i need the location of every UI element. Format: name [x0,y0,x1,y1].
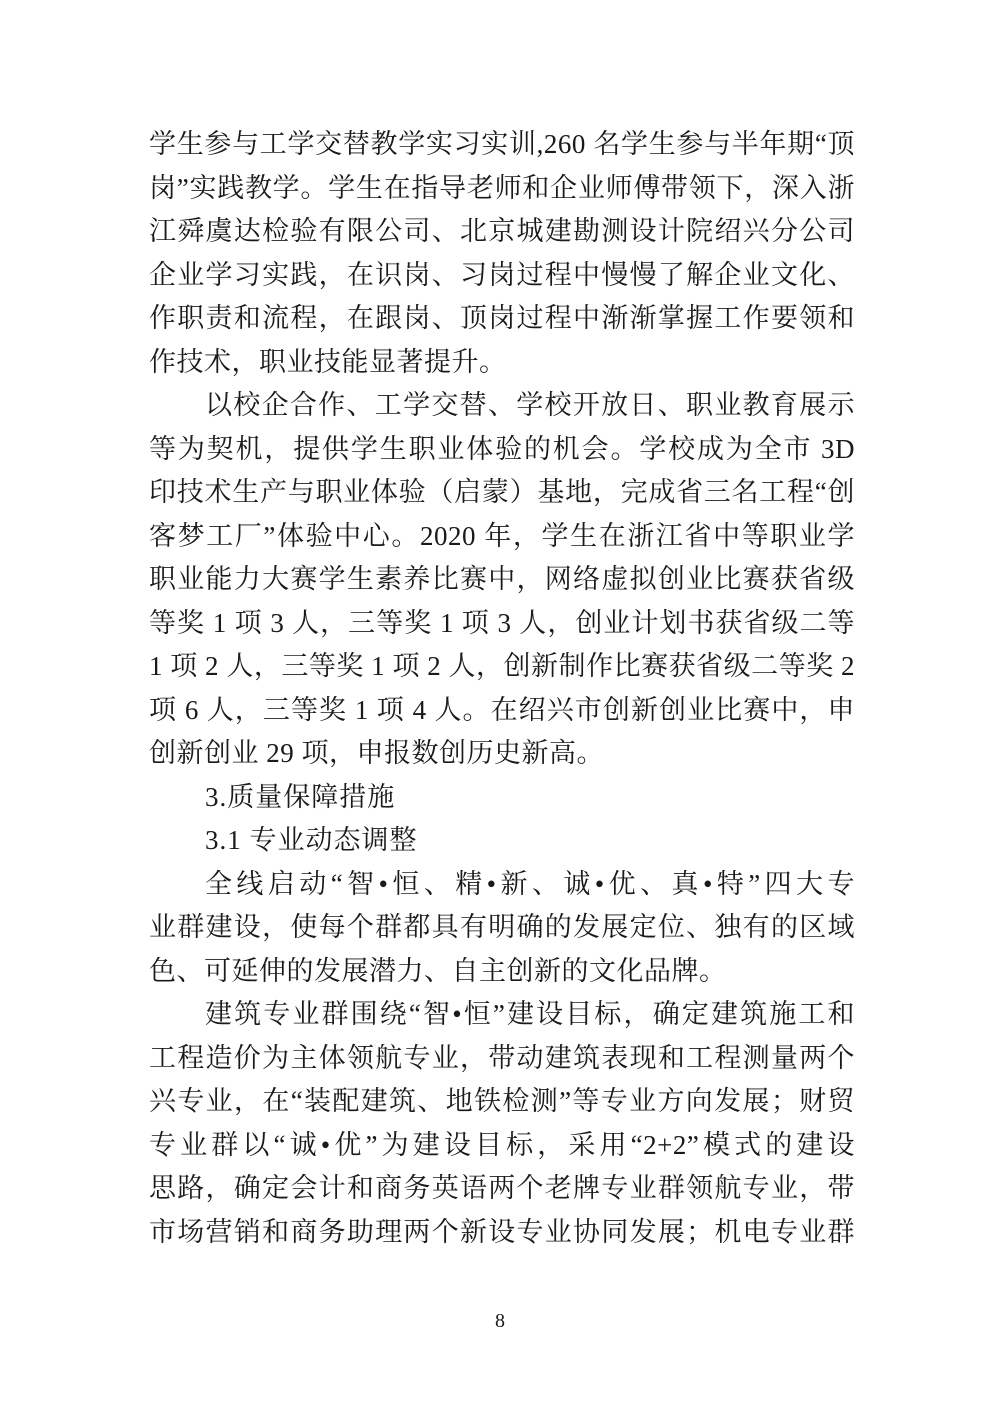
heading-line: 3.质量保障措施 [149,776,855,820]
text-line: 建筑专业群围绕“智•恒”建设目标，确定建筑施工和 [149,993,855,1037]
text-line: 作职责和流程，在跟岗、顶岗过程中渐渐掌握工作要领和操 [149,297,855,341]
page-number: 8 [0,1310,1000,1333]
text-line: 专业群以“诚•优”为建设目标，采用“2+2”模式的建设 [149,1124,855,1168]
section-heading: 3.1 专业动态调整 [149,819,855,863]
text-line: 以校企合作、工学交替、学校开放日、职业教育展示周 [149,384,855,428]
paragraph: 学生参与工学交替教学实习实训,260 名学生参与半年期“顶 岗”实践教学。学生在… [149,123,855,384]
text-line: 项 6 人，三等奖 1 项 4 人。在绍兴市创新创业比赛中，申报 [149,689,855,733]
text-line: 思路，确定会计和商务英语两个老牌专业群领航专业，带动 [149,1167,855,1211]
text-line: 全线启动“智•恒、精•新、诚•优、真•特”四大专 [149,863,855,907]
text-line: 等奖 1 项 3 人，三等奖 1 项 3 人，创业计划书获省级二等奖 [149,602,855,646]
text-line: 职业能力大赛学生素养比赛中，网络虚拟创业比赛获省级二 [149,558,855,602]
document-body: 学生参与工学交替教学实习实训,260 名学生参与半年期“顶 岗”实践教学。学生在… [149,123,855,1254]
text-line: 等为契机，提供学生职业体验的机会。学校成为全市 3D 打 [149,428,855,472]
text-line: 企业学习实践，在识岗、习岗过程中慢慢了解企业文化、工 [149,254,855,298]
text-line: 市场营销和商务助理两个新设专业协同发展；机电专业群以 [149,1211,855,1255]
heading-line: 3.1 专业动态调整 [149,819,855,863]
text-line: 1 项 2 人，三等奖 1 项 2 人，创新制作比赛获省级二等奖 2 [149,645,855,689]
paragraph: 建筑专业群围绕“智•恒”建设目标，确定建筑施工和 工程造价为主体领航专业，带动建… [149,993,855,1254]
text-line: 岗”实践教学。学生在指导老师和企业师傅带领下，深入浙 [149,167,855,211]
paragraph: 以校企合作、工学交替、学校开放日、职业教育展示周 等为契机，提供学生职业体验的机… [149,384,855,776]
text-line: 业群建设，使每个群都具有明确的发展定位、独有的区域特 [149,906,855,950]
text-line: 工程造价为主体领航专业，带动建筑表现和工程测量两个新 [149,1037,855,1081]
section-heading: 3.质量保障措施 [149,776,855,820]
text-line: 兴专业，在“装配建筑、地铁检测”等专业方向发展；财贸 [149,1080,855,1124]
paragraph: 全线启动“智•恒、精•新、诚•优、真•特”四大专 业群建设，使每个群都具有明确的… [149,863,855,994]
text-line: 作技术，职业技能显著提升。 [149,341,855,385]
text-line: 创新创业 29 项，申报数创历史新高。 [149,732,855,776]
text-line: 客梦工厂”体验中心。2020 年，学生在浙江省中等职业学校 [149,515,855,559]
text-line: 学生参与工学交替教学实习实训,260 名学生参与半年期“顶 [149,123,855,167]
text-line: 印技术生产与职业体验（启蒙）基地，完成省三名工程“创 [149,471,855,515]
text-line: 色、可延伸的发展潜力、自主创新的文化品牌。 [149,950,855,994]
text-line: 江舜虞达检验有限公司、北京城建勘测设计院绍兴分公司等 [149,210,855,254]
document-page: 学生参与工学交替教学实习实训,260 名学生参与半年期“顶 岗”实践教学。学生在… [0,0,1000,1415]
